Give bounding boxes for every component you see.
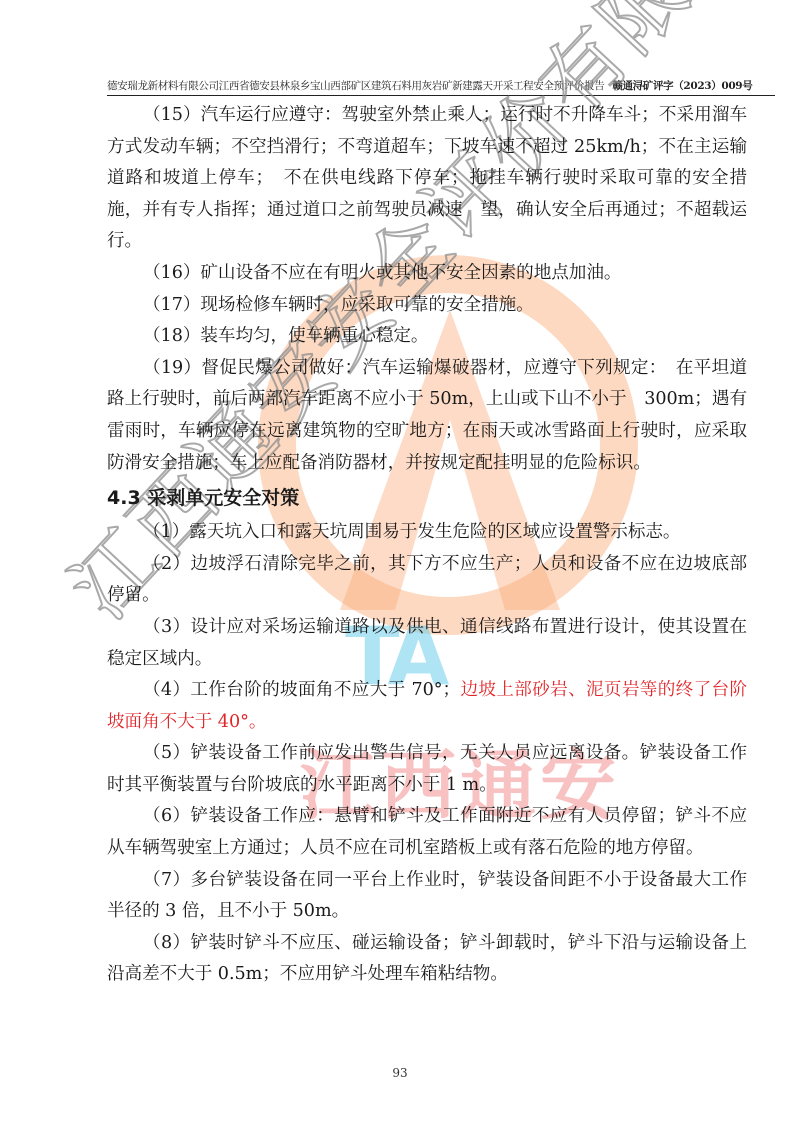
item-text: （4）工作台阶的坡面角不应大于 70°； <box>143 680 460 700</box>
document-page: TA 江西通安 江西通安安全评价有限公司 德安瑞龙新材料有限公司江西省德安县林泉… <box>0 0 800 1131</box>
header-doc-code: 赣通浔矿评字（2023）009号 <box>612 80 752 92</box>
list-item: （5）铲装设备工作前应发出警告信号，无关人员应远离设备。铲装设备工作时其平衡装置… <box>107 738 747 801</box>
paragraph-17: （17）现场检修车辆时，应采取可靠的安全措施。 <box>107 290 747 322</box>
page-number: 93 <box>0 1066 800 1080</box>
list-item: （7）多台铲装设备在同一平台上作业时，铲装设备间距不小于设备最大工作半径的 3 … <box>107 865 747 928</box>
paragraph-19: （19）督促民爆公司做好：汽车运输爆破器材，应遵守下列规定： 在平坦道路上行驶时… <box>107 353 747 479</box>
document-body: （15）汽车运行应遵守：驾驶室外禁止乘人；运行时不升降车斗；不采用溜车方式发动车… <box>107 100 747 991</box>
paragraph-15: （15）汽车运行应遵守：驾驶室外禁止乘人；运行时不升降车斗；不采用溜车方式发动车… <box>107 100 747 258</box>
list-item: （1）露天坑入口和露天坑周围易于发生危险的区域应设置警示标志。 <box>107 517 747 549</box>
paragraph-18: （18）装车均匀，使车辆重心稳定。 <box>107 321 747 353</box>
list-item: （4）工作台阶的坡面角不应大于 70°；边坡上部砂岩、泥页岩等的终了台阶坡面角不… <box>107 675 747 738</box>
running-header: 德安瑞龙新材料有限公司江西省德安县林泉乡宝山西部矿区建筑石料用灰岩矿新建露天开采… <box>107 79 775 96</box>
paragraph-16: （16）矿山设备不应在有明火或其他不安全因素的地点加油。 <box>107 258 747 290</box>
list-item: （6）铲装设备工作应：悬臂和铲斗及工作面附近不应有人员停留；铲斗不应从车辆驾驶室… <box>107 801 747 864</box>
header-title: 德安瑞龙新材料有限公司江西省德安县林泉乡宝山西部矿区建筑石料用灰岩矿新建露天开采… <box>107 80 604 92</box>
list-item: （8）铲装时铲斗不应压、碰运输设备；铲斗卸载时，铲斗下沿与运输设备上沿高差不大于… <box>107 928 747 991</box>
list-item: （2）边坡浮石清除完毕之前，其下方不应生产；人员和设备不应在边坡底部停留。 <box>107 549 747 612</box>
list-item: （3）设计应对采场运输道路以及供电、通信线路布置进行设计，使其设置在稳定区域内。 <box>107 612 747 675</box>
section-heading: 4.3 采剥单元安全对策 <box>107 481 747 515</box>
